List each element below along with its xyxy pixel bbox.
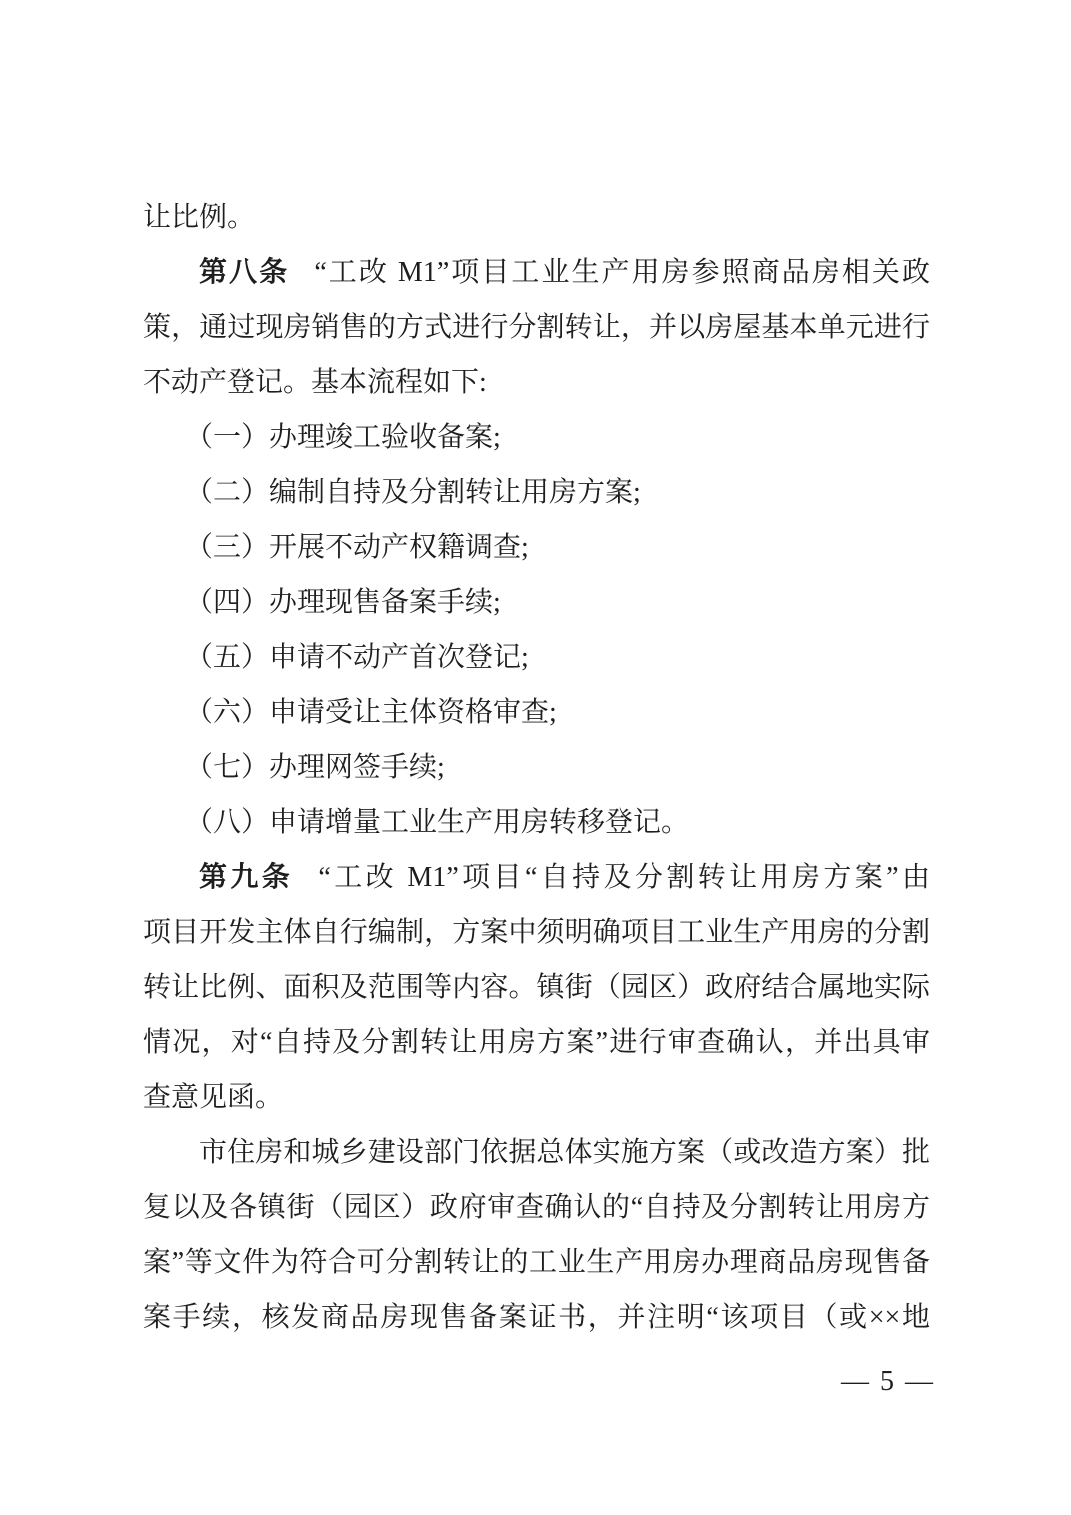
step-item-6: （六）申请受让主体资格审查; [143,685,930,740]
body-line: 情况，对“自持及分割转让用房方案”进行审查确认，并出具审 [143,1015,930,1070]
body-line: 查意见函。 [143,1070,930,1125]
step-item-8: （八）申请增量工业生产用房转移登记。 [143,795,930,850]
article-9-number: 第九条 [199,862,293,893]
article-8-text: “工改 M1”项目工业生产用房参照商品房相关政 [314,257,930,288]
step-item-5: （五）申请不动产首次登记; [143,630,930,685]
step-item-3: （三）开展不动产权籍调查; [143,520,930,575]
body-line: 项目开发主体自行编制，方案中须明确项目工业生产用房的分割 [143,905,930,960]
body-line: 案”等文件为符合可分割转让的工业生产用房办理商品房现售备 [143,1235,930,1290]
step-item-2: （二）编制自持及分割转让用房方案; [143,465,930,520]
page-number: — 5 — [841,1362,935,1402]
step-item-1: （一）办理竣工验收备案; [143,410,930,465]
body-line: 策，通过现房销售的方式进行分割转让，并以房屋基本单元进行 [143,300,930,355]
body-line-continuation: 让比例。 [143,190,930,245]
article-9-text: “工改 M1”项目“自持及分割转让用房方案”由 [318,862,930,893]
body-line: 复以及各镇街（园区）政府审查确认的“自持及分割转让用房方 [143,1180,930,1235]
article-9-heading-line: 第九条“工改 M1”项目“自持及分割转让用房方案”由 [143,850,930,905]
body-line: 案手续，核发商品房现售备案证书，并注明“该项目（或××地 [143,1290,930,1345]
document-page: 让比例。 第八条“工改 M1”项目工业生产用房参照商品房相关政 策，通过现房销售… [0,0,1071,1515]
step-item-7: （七）办理网签手续; [143,740,930,795]
article-8-number: 第八条 [199,257,289,288]
body-line: 转让比例、面积及范围等内容。镇街（园区）政府结合属地实际 [143,960,930,1015]
body-line: 不动产登记。基本流程如下: [143,355,930,410]
paragraph-start-line: 市住房和城乡建设部门依据总体实施方案（或改造方案）批 [143,1125,930,1180]
document-body: 让比例。 第八条“工改 M1”项目工业生产用房参照商品房相关政 策，通过现房销售… [143,190,930,1345]
step-item-4: （四）办理现售备案手续; [143,575,930,630]
article-8-heading-line: 第八条“工改 M1”项目工业生产用房参照商品房相关政 [143,245,930,300]
